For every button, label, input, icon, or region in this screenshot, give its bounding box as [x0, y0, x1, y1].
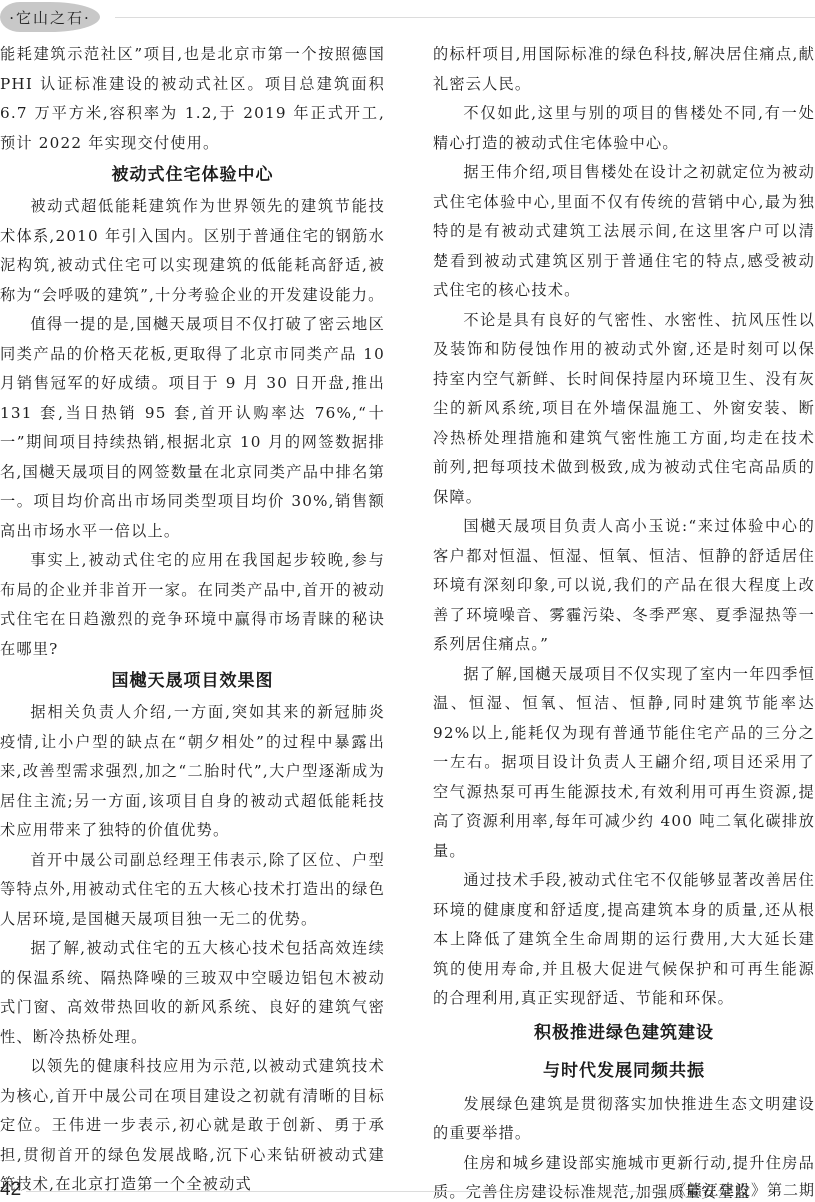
footer-divider — [26, 1191, 666, 1192]
page-header: ·它山之石· — [0, 0, 815, 34]
right-column: 的标杆项目,用国际标准的绿色科技,解决居住痛点,献礼密云人民。 不仅如此,这里与… — [433, 40, 815, 1202]
paragraph: 值得一提的是,国樾天晟项目不仅打破了密云地区同类产品的价格天花板,更取得了北京市… — [0, 310, 385, 546]
left-column: 能耗建筑示范社区”项目,也是北京市第一个按照德国 PHI 认证标准建设的被动式社… — [0, 40, 385, 1202]
paragraph: 被动式超低能耗建筑作为世界领先的建筑节能技术体系,2010 年引入国内。区别于普… — [0, 192, 385, 310]
subheading-line-1: 积极推进绿色建筑建设 — [433, 1014, 815, 1052]
paragraph: 不论是具有良好的气密性、水密性、抗风压性以及装饰和防侵蚀作用的被动式外窗,还是时… — [433, 306, 815, 513]
paragraph: 据了解,国樾天晟项目不仅实现了室内一年四季恒温、恒湿、恒氧、恒洁、恒静,同时建筑… — [433, 660, 815, 867]
paragraph: 事实上,被动式住宅的应用在我国起步较晚,参与布局的企业并非首开一家。在同类产品中… — [0, 546, 385, 664]
paragraph: 通过技术手段,被动式住宅不仅能够显著改善居住环境的健康度和舒适度,提高建筑本身的… — [433, 866, 815, 1014]
paragraph: 国樾天晟项目负责人高小玉说:“来过体验中心的客户都对恒温、恒湿、恒氧、恒洁、恒静… — [433, 512, 815, 660]
section-badge: ·它山之石· — [0, 2, 100, 32]
page-number: 42 — [0, 1178, 21, 1202]
subheading: 被动式住宅体验中心 — [0, 158, 385, 192]
paragraph: 据了解,被动式住宅的五大核心技术包括高效连续的保温系统、隔热降噪的三玻双中空暖边… — [0, 934, 385, 1052]
article-body: 能耗建筑示范社区”项目,也是北京市第一个按照德国 PHI 认证标准建设的被动式社… — [0, 40, 815, 1202]
subheading-line-2: 与时代发展同频共振 — [433, 1052, 815, 1090]
page-footer: 42 《赣江建设》第二期 — [0, 1178, 815, 1202]
paragraph: 的标杆项目,用国际标准的绿色科技,解决居住痛点,献礼密云人民。 — [433, 40, 815, 99]
paragraph: 据相关负责人介绍,一方面,突如其来的新冠肺炎疫情,让小户型的缺点在“朝夕相处”的… — [0, 698, 385, 846]
paragraph: 不仅如此,这里与别的项目的售楼处不同,有一处精心打造的被动式住宅体验中心。 — [433, 99, 815, 158]
journal-name: 《赣江建设》第二期 — [671, 1178, 815, 1202]
paragraph: 据王伟介绍,项目售楼处在设计之初就定位为被动式住宅体验中心,里面不仅有传统的营销… — [433, 158, 815, 306]
header-divider — [115, 17, 815, 18]
paragraph: 能耗建筑示范社区”项目,也是北京市第一个按照德国 PHI 认证标准建设的被动式社… — [0, 40, 385, 158]
paragraph: 首开中晟公司副总经理王伟表示,除了区位、户型等特点外,用被动式住宅的五大核心技术… — [0, 846, 385, 935]
image-caption-heading: 国樾天晟项目效果图 — [0, 664, 385, 698]
paragraph: 发展绿色建筑是贯彻落实加快推进生态文明建设的重要举措。 — [433, 1090, 815, 1149]
